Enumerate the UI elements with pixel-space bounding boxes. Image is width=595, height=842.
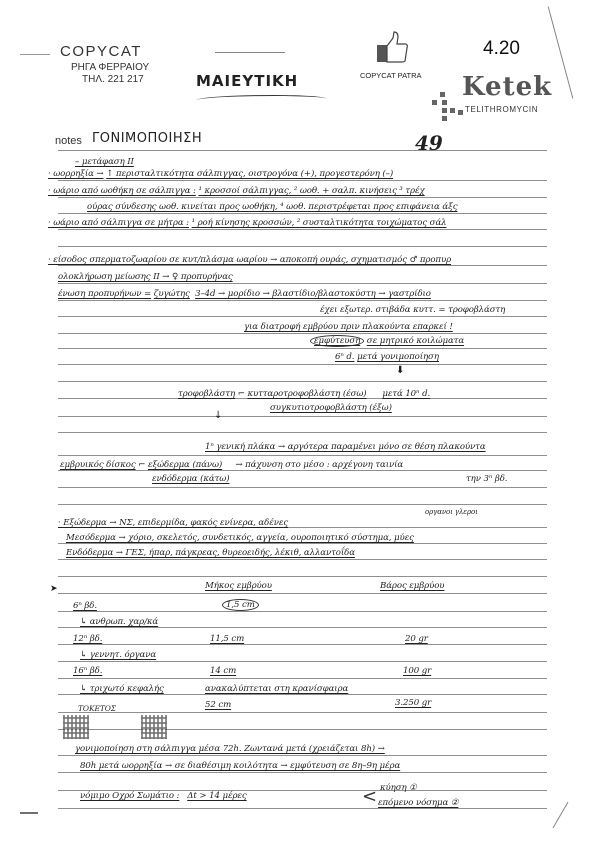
note-text: μετά γονιμοποίηση — [357, 352, 439, 362]
qr-code-icon — [141, 715, 167, 739]
topic-title: ΓΟΝΙΜΟΠΟΙΗΣΗ — [92, 131, 202, 146]
ruled-line — [58, 755, 547, 756]
table-note: ↳ ανθρωπ. χαρ/κά — [80, 617, 158, 627]
note-text: Δt > 14 μέρες — [187, 791, 246, 801]
ruled-line — [58, 470, 547, 471]
table-header-weight: Βάρος εμβρύου — [380, 581, 444, 591]
note-line: την 3ⁿ βδ. — [466, 474, 507, 484]
table-length: 1,5 cm — [222, 599, 259, 611]
ruled-line — [58, 381, 547, 382]
arrow-down-icon: ⬇ — [396, 365, 404, 376]
note-text: εξώδερμα (πάνω) — [148, 460, 222, 470]
note-text: ενδόδερμα (κάτω) — [152, 474, 229, 484]
ruled-line — [58, 300, 547, 301]
table-week: ΤΟΚΕΤΟΣ — [78, 704, 116, 713]
ruled-line — [58, 364, 547, 365]
ruled-line — [58, 627, 547, 628]
ruled-line — [58, 416, 547, 417]
ruled-line — [58, 772, 547, 773]
ruled-line — [58, 661, 547, 662]
ketek-brand: Ketek — [462, 72, 552, 102]
ruled-line — [58, 712, 547, 713]
ruled-line — [58, 229, 547, 230]
ruled-line — [58, 455, 547, 456]
table-week: 12ⁿ βδ. — [73, 634, 102, 644]
note-term: ένωση προπυρήνων = — [58, 289, 151, 299]
table-note: ↳ τριχωτό κεφαλής — [80, 684, 164, 694]
arrow-down-icon: ↓ — [214, 410, 222, 421]
note-term: · ωάριο από σάλπιγγα σε μήτρα : — [48, 218, 189, 228]
table-length: 14 cm — [210, 666, 236, 676]
copycat-street: ΡΗΓΑ ΦΕΡΡΑΙΟΥ — [71, 62, 149, 73]
table-length: 11,5 cm — [210, 634, 244, 644]
subject-underline — [196, 95, 326, 104]
table-note: ↳ γεννητ. όργανα — [80, 650, 156, 660]
note-text: μετά 10ⁿ d. — [382, 389, 430, 399]
note-term: · ωορρηξία → — [48, 169, 104, 179]
ruled-line — [58, 213, 547, 214]
table-length: 52 cm — [205, 700, 231, 710]
note-line: · ωάριο από σάλπιγγα σε μήτρα : ¹ ροή κί… — [48, 218, 447, 228]
ruled-line — [58, 180, 547, 181]
note-text: ¹ ροή κίνησης κροσσών, ² συσταλτικότητα … — [192, 218, 447, 228]
ruled-line — [58, 611, 547, 612]
copycat-patra-label: COPYCAT PATRA — [360, 71, 422, 80]
price: 4.20 — [483, 38, 520, 60]
note-line: – μετάφαση ΙΙ — [75, 157, 134, 167]
note-line: για διατροφή εμβρύου πριν πλακούντα επαρ… — [244, 322, 453, 332]
ruled-line — [58, 678, 547, 679]
branch-icon: < — [362, 786, 377, 807]
note-text: ¹ κροσσοί σάλπιγγας, ² ωοθ. + σαλπ. κινή… — [198, 186, 424, 196]
ruled-line — [58, 694, 547, 695]
page-number: 49 — [415, 131, 443, 155]
note-line: νόμιμο Οχρό Σωμάτιο : Δt > 14 μέρες — [80, 791, 247, 801]
ruled-line — [58, 644, 547, 645]
ruled-line — [58, 593, 547, 594]
note-term: · ωάριο από ωοθήκη σε σάλπιγγα : — [48, 186, 196, 196]
note-text: ↑ περισταλτικότητα σάλπιγγας, οιστρογόνα… — [106, 169, 393, 179]
note-line: · Εξώδερμα → ΝΣ, επιδερμίδα, φακός ενίνε… — [58, 518, 288, 528]
note-line: 80h μετά ωορρηξία → σε διαθέσιμη κοιλότη… — [80, 761, 400, 771]
pixel-decoration-icon — [420, 90, 465, 130]
ruled-line — [58, 487, 547, 488]
ruled-line — [58, 576, 547, 577]
note-term: εμβρυικός δίσκος — [60, 460, 136, 470]
note-text: σε μητρικό κοιλώματα — [367, 336, 464, 346]
note-line: 1ⁿ γενική πλάκα → αργότερα παραμένει μόν… — [205, 442, 486, 452]
table-weight: 100 gr — [403, 666, 431, 676]
ruled-line — [58, 432, 547, 433]
note-annotation: οργανοι γλεροι — [425, 508, 478, 516]
qr-code-icon — [63, 715, 89, 739]
ruled-line — [58, 333, 547, 334]
implantation-term: εμφύτευση — [310, 335, 364, 347]
note-line: · ωάριο από ωοθήκη σε σάλπιγγα : ¹ κροσσ… — [48, 186, 425, 196]
table-weight: 20 gr — [405, 634, 428, 644]
ruled-line — [58, 729, 547, 730]
ruled-line — [58, 150, 547, 151]
note-line: ολοκλήρωση μείωσης ΙΙ → ♀ προπυρήνας — [58, 272, 233, 282]
scan-mark — [20, 54, 50, 55]
notes-label: notes — [55, 135, 82, 147]
note-line: εμφύτευση σε μητρικό κοιλώματα — [310, 336, 464, 346]
scan-mark — [20, 812, 38, 814]
copycat-name: COPYCAT — [60, 43, 142, 60]
note-line: συγκυτιοτροφοβλάστη (έξω) — [270, 403, 392, 413]
note-line: ένωση προπυρήνων = ζυγώτης 3–4d → μορίδι… — [58, 289, 431, 299]
table-weight: 3.250 gr — [395, 698, 431, 708]
note-line: Ενδόδερμα → ΓΕΣ, ήπαρ, πάγκρεας, θυρεοει… — [66, 548, 355, 558]
note-text: 3–4d → μορίδιο → βλαστίδιο/βλαστοκύστη →… — [195, 289, 431, 299]
note-line: τροφοβλάστη ⌐ κυτταροτροφοβλάστη (έσω) μ… — [178, 389, 430, 399]
note-line: κύηση ① — [380, 783, 417, 793]
ruled-line — [58, 559, 547, 560]
note-line: έχει εξωτερ. στιβάδα κυττ. = τροφοβλάστη — [320, 305, 505, 315]
ruled-line — [58, 504, 547, 505]
ruled-line — [58, 316, 547, 317]
table-note-extra: ανακαλύπτεται στη κρανίσφαιρα — [205, 684, 348, 694]
subject-title: ΜΑΙΕΥΤΙΚΗ — [196, 72, 298, 90]
thumbs-up-icon — [375, 30, 409, 64]
note-line: ενδόδερμα (κάτω) — [152, 474, 229, 484]
note-line: εμβρυικός δίσκος ⌐ εξώδερμα (πάνω) → πάχ… — [60, 460, 403, 470]
table-week: 6ⁿ βδ. — [73, 601, 97, 611]
note-text: → πάχυνση στο μέσο : αρχέγονη ταινία — [235, 460, 403, 470]
zygote-term: ζυγώτης — [154, 289, 190, 299]
note-line: · ωορρηξία → ↑ περισταλτικότητα σάλπιγγα… — [48, 169, 393, 179]
scan-mark — [553, 802, 569, 828]
copycat-phone: ΤΗΛ. 221 217 — [82, 74, 144, 85]
note-text: κυτταροτροφοβλάστη (έσω) — [247, 389, 366, 399]
ruled-line — [58, 265, 547, 266]
note-line: επόμενο νόσημα ② — [378, 798, 458, 808]
table-week: 16ⁿ βδ. — [73, 666, 102, 676]
ruled-line — [58, 348, 547, 349]
pointer-icon: ➤ — [50, 584, 58, 594]
ruled-line — [58, 543, 547, 544]
note-line: Μεσόδερμα → χόριο, σκελετός, συνδετικός,… — [66, 533, 414, 543]
note-term: τροφοβλάστη — [178, 389, 235, 399]
ruled-line — [58, 197, 547, 198]
scan-mark — [215, 52, 285, 53]
note-line: · είσοδος σπερματοζωαρίου σε κυτ/πλάσμα … — [48, 255, 451, 265]
note-line: ούρας σύνδεσης ωοθ. κινείται προς ωοθήκη… — [87, 202, 457, 212]
ruled-line — [58, 808, 547, 809]
day-label: 6ⁿ d. — [335, 352, 354, 362]
table-header-length: Μήκος εμβρύου — [205, 581, 272, 591]
ruled-line — [58, 246, 547, 247]
note-line: γονιμοποίηση στη σάλπιγγα μέσα 72h. Ζωντ… — [75, 744, 385, 754]
note-line: 6ⁿ d. μετά γονιμοποίηση — [335, 352, 439, 362]
ketek-subtitle: TELITHROMYCIN — [465, 105, 538, 114]
ruled-line — [58, 283, 547, 284]
corpus-luteum-term: νόμιμο Οχρό Σωμάτιο : — [80, 791, 179, 801]
